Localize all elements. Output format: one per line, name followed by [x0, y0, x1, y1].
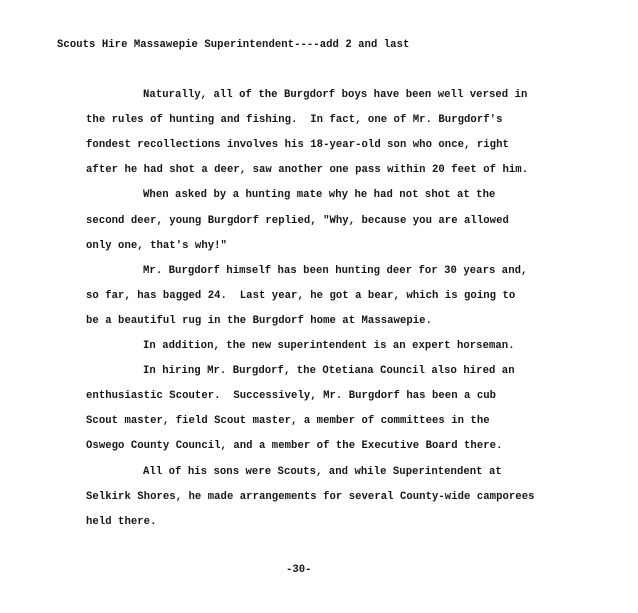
body-line: be a beautiful rug in the Burgdorf home … — [86, 315, 432, 327]
body-line: so far, has bagged 24. Last year, he got… — [86, 290, 515, 302]
body-line: the rules of hunting and fishing. In fac… — [86, 114, 502, 126]
body-line: All of his sons were Scouts, and while S… — [143, 466, 502, 478]
page-number: -30- — [286, 564, 311, 576]
body-line: Selkirk Shores, he made arrangements for… — [86, 491, 535, 503]
body-line: fondest recollections involves his 18-ye… — [86, 139, 509, 151]
body-line: Scout master, field Scout master, a memb… — [86, 415, 490, 427]
body-line: second deer, young Burgdorf replied, "Wh… — [86, 215, 509, 227]
body-line: In hiring Mr. Burgdorf, the Otetiana Cou… — [143, 365, 515, 377]
body-line: held there. — [86, 516, 156, 528]
document-header: Scouts Hire Massawepie Superintendent---… — [57, 39, 409, 51]
document-page: Scouts Hire Massawepie Superintendent---… — [0, 0, 638, 613]
body-line: only one, that's why!" — [86, 240, 227, 252]
body-line: In addition, the new superintendent is a… — [143, 340, 515, 352]
body-line: after he had shot a deer, saw another on… — [86, 164, 528, 176]
body-line: When asked by a hunting mate why he had … — [143, 189, 495, 201]
body-line: Oswego County Council, and a member of t… — [86, 440, 502, 452]
body-line: enthusiastic Scouter. Successively, Mr. … — [86, 390, 496, 402]
body-line: Mr. Burgdorf himself has been hunting de… — [143, 265, 527, 277]
body-line: Naturally, all of the Burgdorf boys have… — [143, 89, 527, 101]
